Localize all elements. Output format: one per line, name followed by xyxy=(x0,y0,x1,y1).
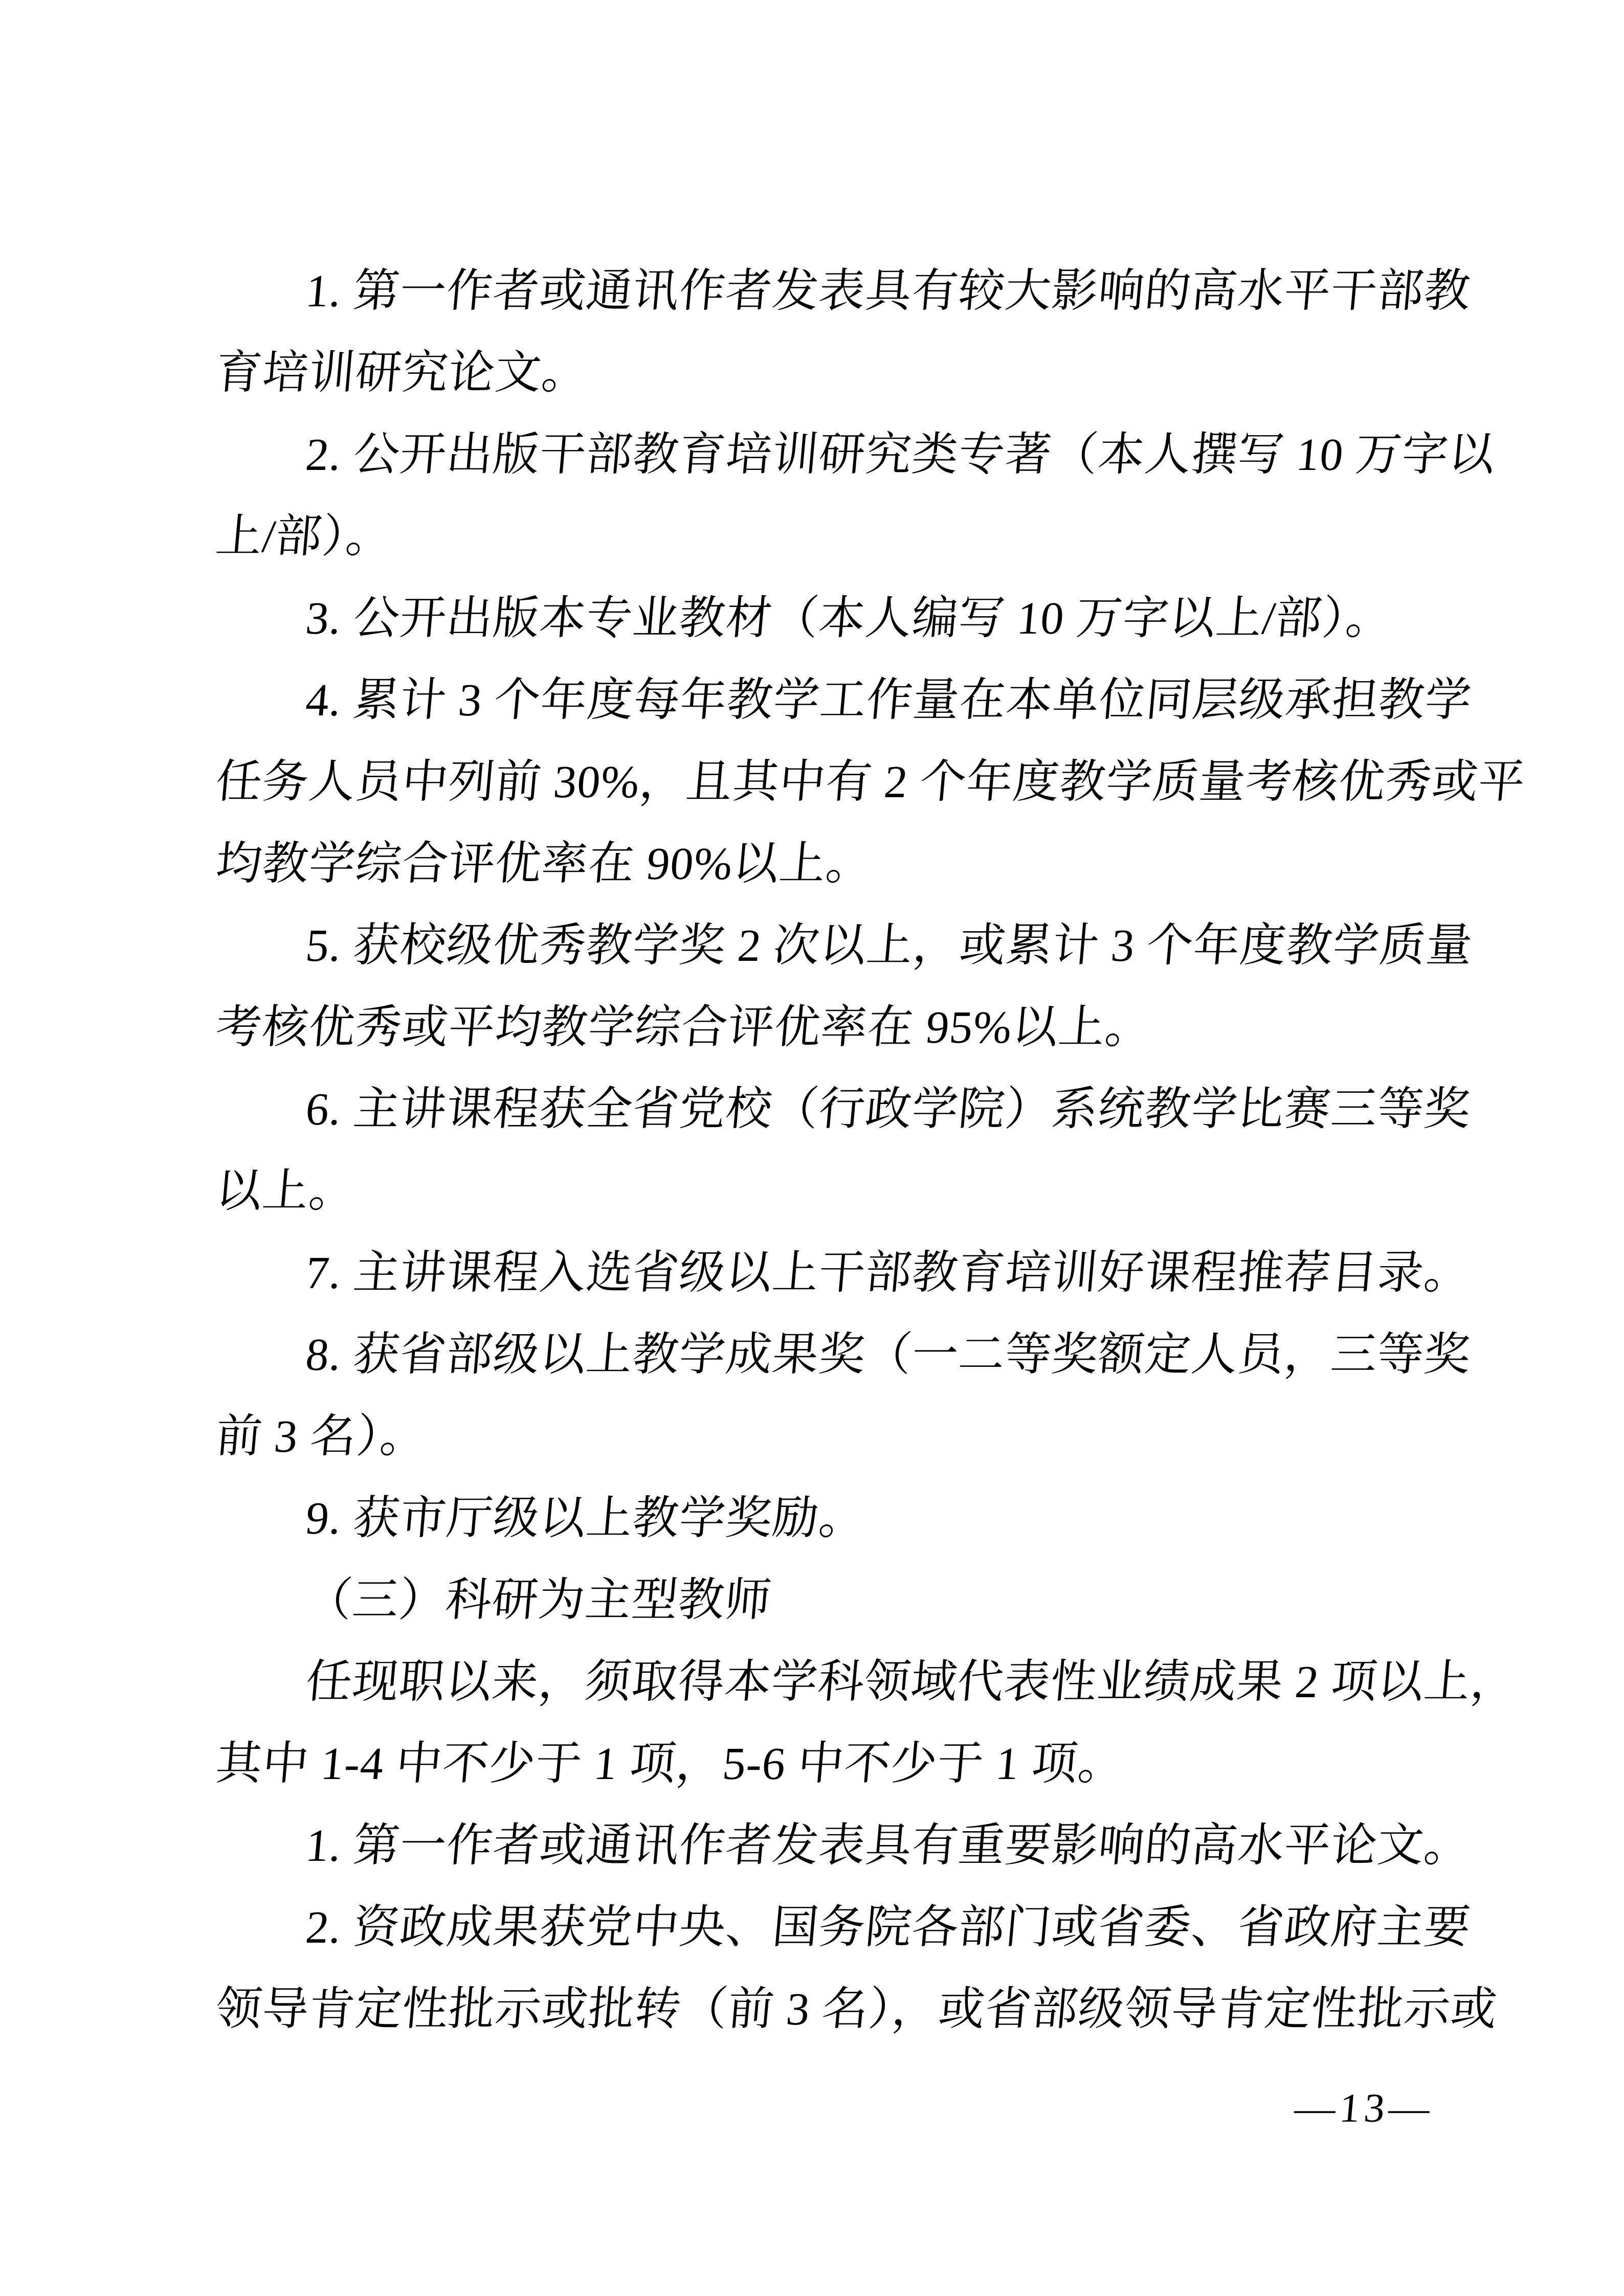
document-line: 9. 获市厅级以上教学奖励。 xyxy=(212,1478,1416,1560)
document-line: 1. 第一作者或通讯作者发表具有较大影响的高水平干部教 xyxy=(212,251,1416,332)
document-line: 前 3 名）。 xyxy=(212,1396,1416,1478)
document-line: 2. 资政成果获党中央、国务院各部门或省委、省政府主要 xyxy=(212,1887,1416,1969)
document-line: 6. 主讲课程获全省党校（行政学院）系统教学比赛三等奖 xyxy=(212,1069,1416,1151)
document-line: 育培训研究论文。 xyxy=(212,332,1416,414)
document-line: 3. 公开出版本专业教材（本人编写 10 万字以上/部）。 xyxy=(212,578,1416,660)
document-line: 1. 第一作者或通讯作者发表具有重要影响的高水平论文。 xyxy=(212,1805,1416,1887)
document-line: 8. 获省部级以上教学成果奖（一二等奖额定人员，三等奖 xyxy=(212,1314,1416,1396)
document-line: 任务人员中列前 30%，且其中有 2 个年度教学质量考核优秀或平 xyxy=(212,741,1416,823)
document-line: 其中 1-4 中不少于 1 项，5-6 中不少于 1 项。 xyxy=(212,1723,1416,1805)
document-line: 均教学综合评优率在 90%以上。 xyxy=(212,823,1416,905)
document-line: 5. 获校级优秀教学奖 2 次以上，或累计 3 个年度教学质量 xyxy=(212,905,1416,987)
document-line: 7. 主讲课程入选省级以上干部教育培训好课程推荐目录。 xyxy=(212,1232,1416,1314)
document-body: 1. 第一作者或通讯作者发表具有较大影响的高水平干部教育培训研究论文。2. 公开… xyxy=(216,251,1413,2051)
document-line: 以上。 xyxy=(212,1151,1416,1232)
document-line: 领导肯定性批示或批转（前 3 名），或省部级领导肯定性批示或 xyxy=(212,1969,1416,2051)
document-line: 任现职以来，须取得本学科领域代表性业绩成果 2 项以上， xyxy=(212,1641,1416,1723)
document-page: 1. 第一作者或通讯作者发表具有较大影响的高水平干部教育培训研究论文。2. 公开… xyxy=(0,0,1624,2296)
document-line: 4. 累计 3 个年度每年教学工作量在本单位同层级承担教学 xyxy=(212,660,1416,741)
document-line: （三）科研为主型教师 xyxy=(212,1560,1416,1641)
document-line: 2. 公开出版干部教育培训研究类专著（本人撰写 10 万字以 xyxy=(212,414,1416,496)
page-number: —13— xyxy=(1292,2080,1436,2136)
document-line: 上/部）。 xyxy=(212,496,1416,578)
document-line: 考核优秀或平均教学综合评优率在 95%以上。 xyxy=(212,987,1416,1069)
